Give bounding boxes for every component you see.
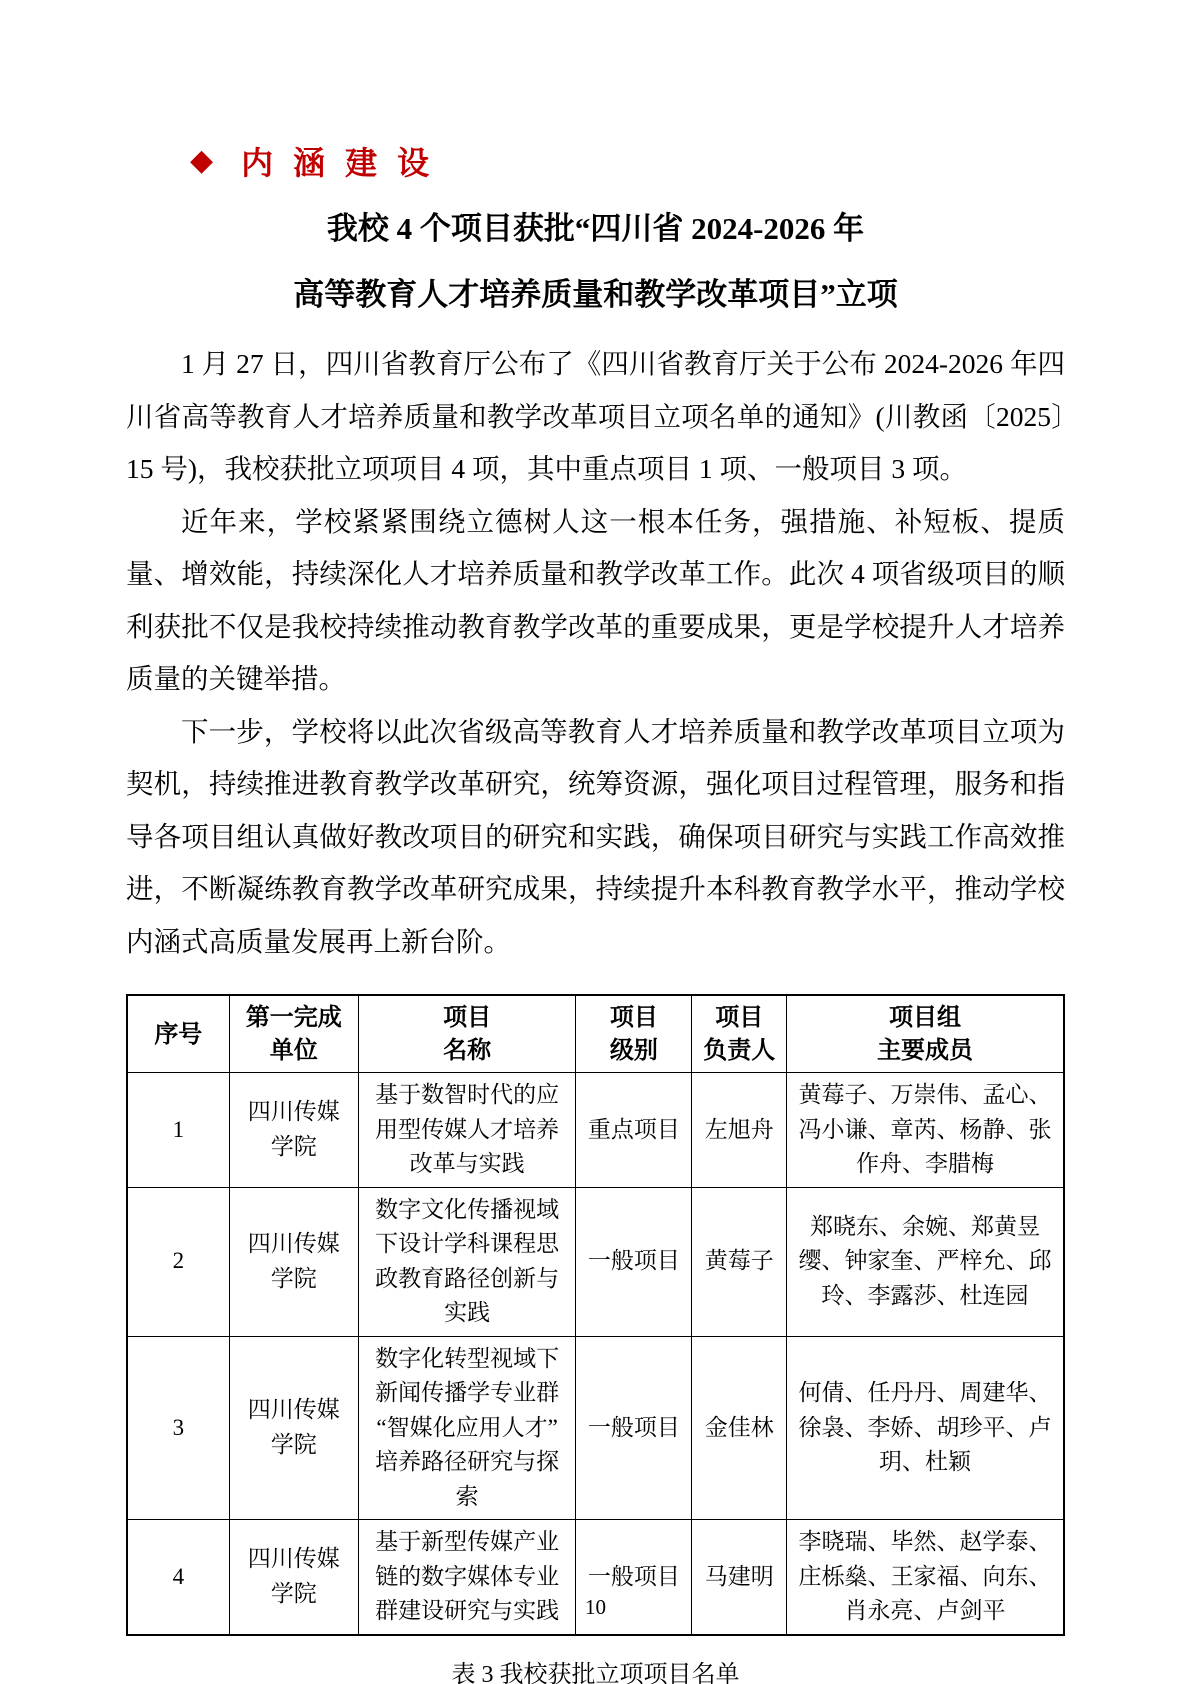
header-project-leader: 项目 负责人 [692,995,787,1073]
header-text: 负责人 [696,1034,782,1067]
table-header-row: 序号 第一完成 单位 项目 名称 项目 级别 [127,995,1064,1073]
projects-table: 序号 第一完成 单位 项目 名称 项目 级别 [126,994,1065,1636]
cell-project-name: 数字文化传播视域下设计学科课程思政教育路径创新与实践 [358,1187,575,1336]
paragraph: 下一步，学校将以此次省级高等教育人才培养质量和教学改革项目立项为契机，持续推进教… [126,706,1065,969]
cell-project-name: 基于数智时代的应用型传媒人才培养改革与实践 [358,1073,575,1188]
header-seq: 序号 [127,995,229,1073]
cell-leader: 黄莓子 [692,1187,787,1336]
cell-project-name: 数字化转型视域下新闻传播学专业群“智媒化应用人才”培养路径研究与探索 [358,1336,575,1520]
header-text: 项目 [696,1001,782,1034]
page-content: ◆ 内 涵 建 设 我校 4 个项目获批“四川省 2024-2026 年 高等教… [126,138,1065,1684]
article-body: 1 月 27 日，四川省教育厅公布了《四川省教育厅关于公布 2024-2026 … [126,338,1065,968]
cell-leader: 左旭舟 [692,1073,787,1188]
article-title-line2: 高等教育人才培养质量和教学改革项目”立项 [126,262,1065,328]
header-text: 序号 [132,1018,225,1051]
cell-members: 黄莓子、万崇伟、孟心、冯小谦、章芮、杨静、张作舟、李腊梅 [787,1073,1064,1188]
cell-level: 一般项目 [576,1187,692,1336]
cell-leader: 金佳林 [692,1336,787,1520]
table-row: 2 四川传媒学院 数字文化传播视域下设计学科课程思政教育路径创新与实践 一般项目… [127,1187,1064,1336]
cell-unit: 四川传媒学院 [229,1187,358,1336]
header-text: 第一完成 [234,1001,354,1034]
header-first-unit: 第一完成 单位 [229,995,358,1073]
unit-text: 四川传媒学院 [246,1393,341,1462]
cell-unit: 四川传媒学院 [229,1336,358,1520]
header-text: 项目组 [791,1001,1059,1034]
header-text: 名称 [363,1034,571,1067]
header-project-level: 项目 级别 [576,995,692,1073]
unit-text: 四川传媒学院 [246,1095,341,1164]
header-text: 单位 [234,1034,354,1067]
article-title: 我校 4 个项目获批“四川省 2024-2026 年 高等教育人才培养质量和教学… [126,196,1065,328]
section-heading-label: 内 涵 建 设 [241,138,435,184]
header-text: 项目 [580,1001,687,1034]
header-project-members: 项目组 主要成员 [787,995,1064,1073]
header-text: 主要成员 [791,1034,1059,1067]
header-project-name: 项目 名称 [358,995,575,1073]
project-name-text: 基于数智时代的应用型传媒人才培养改革与实践 [363,1078,571,1182]
table-row: 1 四川传媒学院 基于数智时代的应用型传媒人才培养改革与实践 重点项目 左旭舟 … [127,1073,1064,1188]
project-name-text: 数字文化传播视域下设计学科课程思政教育路径创新与实践 [363,1193,571,1331]
paragraph: 1 月 27 日，四川省教育厅公布了《四川省教育厅关于公布 2024-2026 … [126,338,1065,496]
table-caption: 表 3 我校获批立项项目名单 [126,1654,1065,1684]
header-text: 级别 [580,1034,687,1067]
header-text: 项目 [363,1001,571,1034]
project-name-text: 数字化转型视域下新闻传播学专业群“智媒化应用人才”培养路径研究与探索 [363,1342,571,1515]
cell-members: 何倩、任丹丹、周建华、徐袅、李娇、胡珍平、卢玥、杜颖 [787,1336,1064,1520]
document-page: ◆ 内 涵 建 设 我校 4 个项目获批“四川省 2024-2026 年 高等教… [0,0,1191,1684]
cell-seq: 2 [127,1187,229,1336]
cell-seq: 3 [127,1336,229,1520]
section-heading: ◆ 内 涵 建 设 [190,138,1065,184]
article-title-line1: 我校 4 个项目获批“四川省 2024-2026 年 [126,196,1065,262]
cell-level: 重点项目 [576,1073,692,1188]
cell-members: 郑晓东、余婉、郑黄昱 缨、钟家奎、严梓允、邱玲、李露莎、杜连园 [787,1187,1064,1336]
page-number: 10 [0,1595,1191,1620]
diamond-bullet-icon: ◆ [190,146,213,176]
paragraph: 近年来，学校紧紧围绕立德树人这一根本任务，强措施、补短板、提质量、增效能，持续深… [126,496,1065,706]
cell-level: 一般项目 [576,1336,692,1520]
table-row: 3 四川传媒学院 数字化转型视域下新闻传播学专业群“智媒化应用人才”培养路径研究… [127,1336,1064,1520]
cell-seq: 1 [127,1073,229,1188]
unit-text: 四川传媒学院 [246,1227,341,1296]
cell-unit: 四川传媒学院 [229,1073,358,1188]
